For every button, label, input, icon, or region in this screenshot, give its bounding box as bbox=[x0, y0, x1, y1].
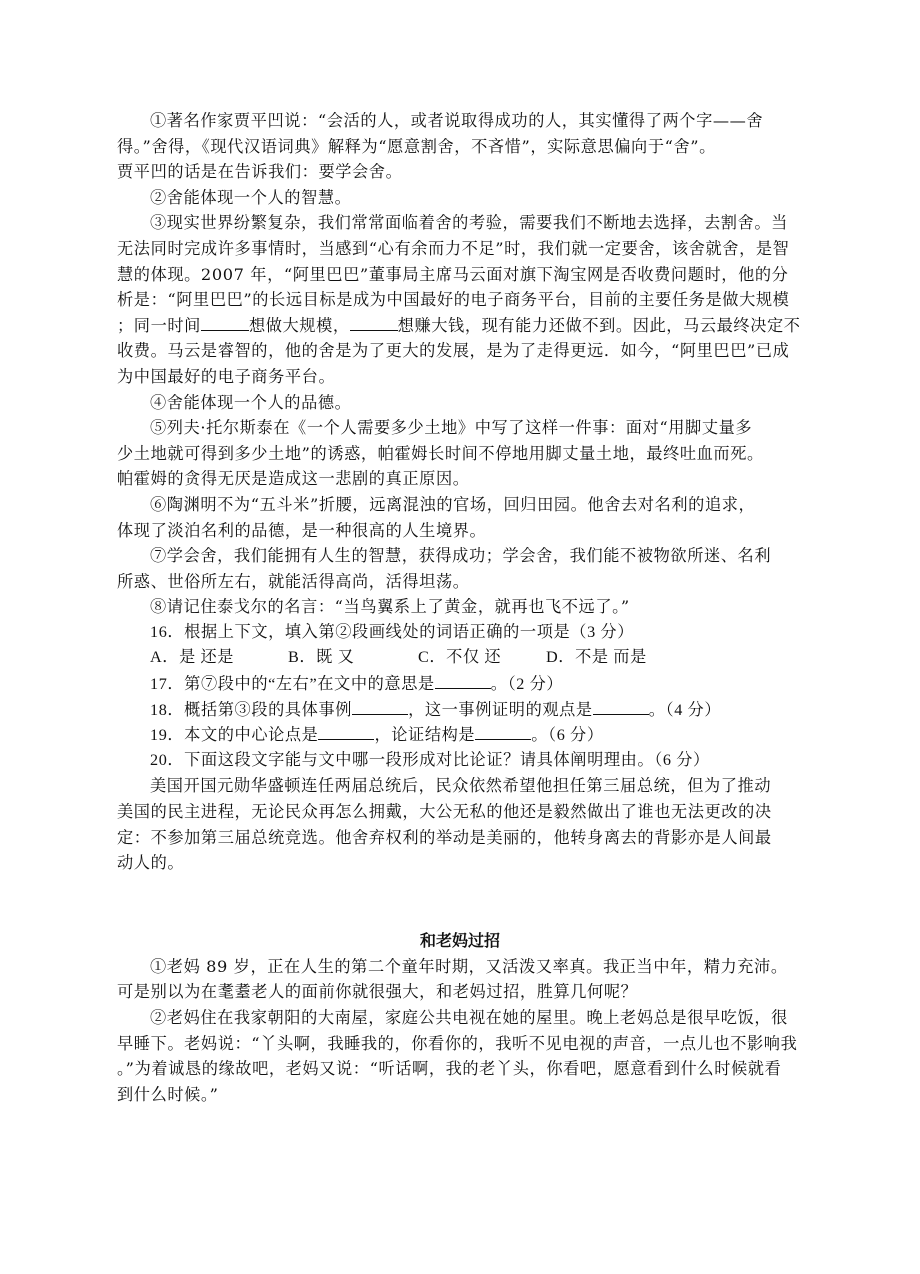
question-16-options: A．是 还是B．既 又C．不仅 还D．不是 而是 bbox=[117, 645, 803, 671]
answer-blank-17[interactable] bbox=[435, 671, 491, 689]
exam-page: ①著名作家贾平凹说：“会活的人，或者说取得成功的人，其实懂得了两个字——舍 得。… bbox=[117, 108, 803, 1107]
question-17: 17．第⑦段中的“左右”在文中的意思是。（2 分） bbox=[117, 671, 803, 697]
answer-blank-18a[interactable] bbox=[352, 697, 408, 715]
paragraph-1-line-3: 贾平凹的话是在告诉我们：要学会舍。 bbox=[117, 159, 803, 185]
paragraph-7-line-1: ⑦学会舍，我们能拥有人生的智慧，获得成功；学会舍，我们能不被物欲所迷、名利 bbox=[117, 543, 803, 569]
paragraph-1-line-1: ①著名作家贾平凹说：“会活的人，或者说取得成功的人，其实懂得了两个字——舍 bbox=[117, 108, 803, 134]
answer-blank-19b[interactable] bbox=[475, 722, 531, 740]
blank-line-text-middle: 想做大规模， bbox=[249, 316, 350, 335]
question-19-text: 19．本文的中心论点是 bbox=[150, 726, 318, 744]
answer-blank-18b[interactable] bbox=[593, 697, 649, 715]
paragraph-5-line-2: 少土地就可得到多少土地”的诱惑，帕霍姆长时间不停地用脚丈量土地，最终吐血而死。 bbox=[117, 441, 803, 467]
section-spacer bbox=[117, 876, 803, 928]
option-c[interactable]: C．不仅 还 bbox=[418, 645, 546, 671]
article-2-paragraph-1-line-2: 可是别以为在耄耋老人的面前你就很强大，和老妈过招，胜算几何呢？ bbox=[117, 979, 803, 1005]
fill-blank-1[interactable] bbox=[201, 313, 249, 331]
paragraph-3-line-3: 慧的体现。2007 年，“阿里巴巴”董事局主席马云面对旗下淘宝网是否收费问题时，… bbox=[117, 262, 803, 288]
question-19: 19．本文的中心论点是，论证结构是。（6 分） bbox=[117, 722, 803, 748]
paragraph-3-line-7: 为中国最好的电子商务平台。 bbox=[117, 364, 803, 390]
paragraph-3-line-6: 收费。马云是睿智的，他的舍是为了更大的发展，是为了走得更远．如今，“阿里巴巴”已… bbox=[117, 338, 803, 364]
article-2-paragraph-2-line-1: ②老妈住在我家朝阳的大南屋，家庭公共电视在她的屋里。晚上老妈总是很早吃饭，很 bbox=[117, 1005, 803, 1031]
paragraph-3-line-2: 无法同时完成许多事情时，当感到“心有余而力不足”时，我们就一定要舍，该舍就舍，是… bbox=[117, 236, 803, 262]
article-2-paragraph-2-line-4: 到什么时候。” bbox=[117, 1082, 803, 1108]
article-2-paragraph-2-line-3: 。”为着诚恳的缘故吧，老妈又说：“听话啊，我的老丫头，你看吧，愿意看到什么时候就… bbox=[117, 1056, 803, 1082]
article-2-title: 和老妈过招 bbox=[117, 928, 803, 954]
paragraph-1-line-2: 得。”舍得，《现代汉语词典》解释为“愿意割舍，不吝惜”，实际意思偏向于“舍”。 bbox=[117, 134, 803, 160]
question-20-passage-line-2: 美国的民主进程，无论民众再怎么拥戴，大公无私的他还是毅然做出了谁也无法更改的决 bbox=[117, 799, 803, 825]
article-2-paragraph-1-line-1: ①老妈 89 岁，正在人生的第二个童年时期，又活泼又率真。我正当中年，精力充沛。 bbox=[117, 954, 803, 980]
paragraph-4: ④舍能体现一个人的品德。 bbox=[117, 390, 803, 416]
blank-line-text-after: 想赚大钱，现有能力还做不到。因此，马云最终决定不 bbox=[398, 316, 801, 335]
blank-line-text-before: ；同一时间 bbox=[117, 316, 201, 335]
question-20-passage-line-4: 动人的。 bbox=[117, 850, 803, 876]
paragraph-3-line-4: 析是：“阿里巴巴”的长远目标是成为中国最好的电子商务平台，目前的主要任务是做大规… bbox=[117, 287, 803, 313]
answer-blank-19a[interactable] bbox=[318, 722, 374, 740]
paragraph-8: ⑧请记住泰戈尔的名言：“当鸟翼系上了黄金，就再也飞不远了。” bbox=[117, 594, 803, 620]
paragraph-2: ②舍能体现一个人的智慧。 bbox=[117, 185, 803, 211]
question-20: 20．下面这段文字能与文中哪一段形成对比论证？请具体阐明理由。（6 分） bbox=[117, 748, 803, 774]
option-a[interactable]: A．是 还是 bbox=[150, 645, 288, 671]
article-2-paragraph-2-line-2: 早睡下。老妈说：“丫头啊，我睡我的，你看你的，我听不见电视的声音，一点儿也不影响… bbox=[117, 1031, 803, 1057]
question-17-text: 17．第⑦段中的“左右”在文中的意思是 bbox=[150, 675, 435, 693]
paragraph-6-line-2: 体现了淡泊名利的品德，是一种很高的人生境界。 bbox=[117, 518, 803, 544]
option-b[interactable]: B．既 又 bbox=[288, 645, 418, 671]
question-19-score: 。（6 分） bbox=[531, 726, 603, 744]
paragraph-7-line-2: 所惑、世俗所左右，就能活得高尚，活得坦荡。 bbox=[117, 569, 803, 595]
option-d[interactable]: D．不是 而是 bbox=[546, 648, 647, 666]
question-20-passage-line-1: 美国开国元勋华盛顿连任两届总统后，民众依然希望他担任第三届总统，但为了推动 bbox=[117, 773, 803, 799]
question-17-score: 。（2 分） bbox=[491, 675, 563, 693]
question-20-passage-line-3: 定：不参加第三届总统竞选。他舍弃权利的举动是美丽的，他转身离去的背影亦是人间最 bbox=[117, 825, 803, 851]
paragraph-6-line-1: ⑥陶渊明不为“五斗米”折腰，远离混浊的官场，回归田园。他舍去对名利的追求， bbox=[117, 492, 803, 518]
question-18-middle: ，这一事例证明的观点是 bbox=[408, 701, 593, 719]
question-16: 16．根据上下文，填入第②段画线处的词语正确的一项是（3 分） bbox=[117, 620, 803, 646]
fill-blank-2[interactable] bbox=[350, 313, 398, 331]
paragraph-5-line-1: ⑤列夫·托尔斯泰在《一个人需要多少土地》中写了这样一件事：面对“用脚丈量多 bbox=[117, 415, 803, 441]
question-18: 18．概括第③段的具体事例，这一事例证明的观点是。（4 分） bbox=[117, 697, 803, 723]
paragraph-3-line-5: ；同一时间想做大规模，想赚大钱，现有能力还做不到。因此，马云最终决定不 bbox=[117, 313, 803, 339]
question-19-middle: ，论证结构是 bbox=[374, 726, 475, 744]
paragraph-3-line-1: ③现实世界纷繁复杂，我们常常面临着舍的考验，需要我们不断地去选择，去割舍。当 bbox=[117, 210, 803, 236]
question-18-text: 18．概括第③段的具体事例 bbox=[150, 701, 352, 719]
question-18-score: 。（4 分） bbox=[649, 701, 721, 719]
paragraph-5-line-3: 帕霍姆的贪得无厌是造成这一悲剧的真正原因。 bbox=[117, 466, 803, 492]
